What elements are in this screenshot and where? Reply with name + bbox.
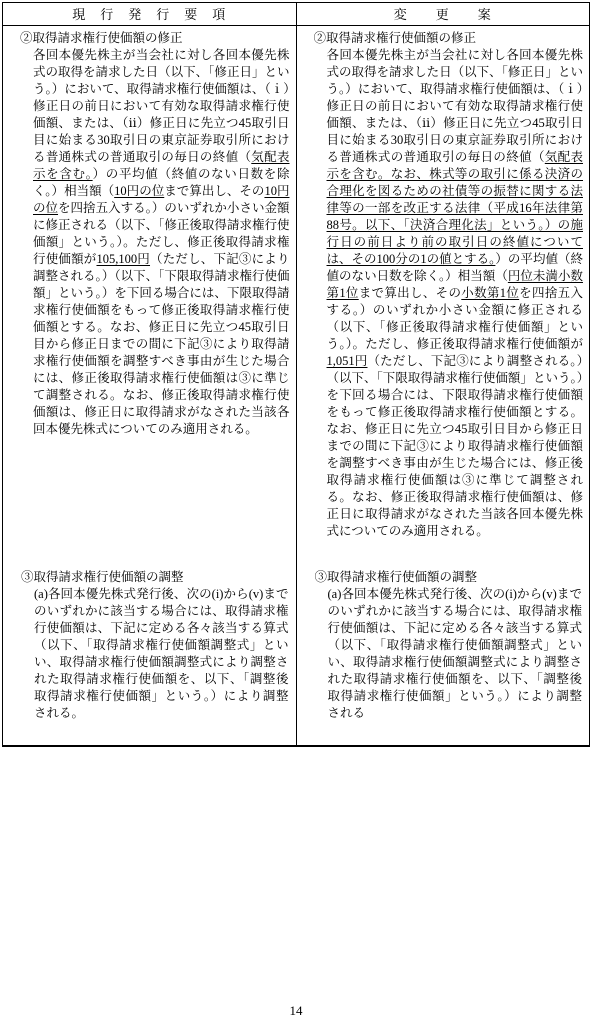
underlined-text-run: 気配表示を含む。なお、株式等の取引に係る決済の合理化を図るための社債等の振替に関…: [327, 150, 584, 266]
column-header-current-terms: 現 行 発 行 要 項: [3, 3, 297, 26]
comparison-table-header: 現 行 発 行 要 項 変 更 案: [3, 3, 590, 26]
underlined-text-run: 1,051円: [327, 354, 368, 368]
table-row: ②取得請求権行使価額の修正 各回本優先株主が当会社に対し各回本優先株式の取得を請…: [3, 26, 590, 747]
current-terms-cell: ②取得請求権行使価額の修正 各回本優先株主が当会社に対し各回本優先株式の取得を請…: [3, 26, 297, 747]
document-page: 現 行 発 行 要 項 変 更 案 ②取得請求権行使価額の修正 各回本優先株主が…: [0, 0, 592, 1024]
comparison-table-body: ②取得請求権行使価額の修正 各回本優先株主が当会社に対し各回本優先株式の取得を請…: [3, 26, 590, 747]
current-section-3-body: (a)各回本優先株式発行後、次の(i)から(v)までのいずれかに該当する場合には…: [34, 586, 289, 722]
text-run: (a)各回本優先株式発行後、次の(i)から(v)までのいずれかに該当する場合には…: [328, 587, 583, 720]
text-run: まで算出し、その: [164, 184, 264, 198]
text-run: （ただし、下記③により調整される。）（以下、「下限取得請求権行使価額」という。）…: [33, 252, 290, 436]
current-section-2: ②取得請求権行使価額の修正 各回本優先株主が当会社に対し各回本優先株式の取得を請…: [20, 30, 290, 438]
comparison-table: 現 行 発 行 要 項 変 更 案 ②取得請求権行使価額の修正 各回本優先株主が…: [2, 2, 590, 747]
proposed-section-2: ②取得請求権行使価額の修正 各回本優先株主が当会社に対し各回本優先株式の取得を請…: [314, 30, 584, 540]
proposed-amendment-cell: ②取得請求権行使価額の修正 各回本優先株主が当会社に対し各回本優先株式の取得を請…: [296, 26, 590, 747]
current-section-3: ③取得請求権行使価額の調整 (a)各回本優先株式発行後、次の(i)から(v)まで…: [21, 569, 289, 722]
underlined-text-run: 小数第1位: [461, 286, 519, 300]
underlined-text-run: 10円の位: [114, 184, 164, 198]
text-run: （ただし、下記③により調整される。）（以下、「下限取得請求権行使価額」という。）…: [327, 354, 584, 538]
proposed-section-3: ③取得請求権行使価額の調整 (a)各回本優先株式発行後、次の(i)から(v)まで…: [315, 569, 583, 722]
column-header-proposed-amendment: 変 更 案: [296, 3, 590, 26]
underlined-text-run: 105,100円: [96, 252, 150, 266]
header-row: 現 行 発 行 要 項 変 更 案: [3, 3, 590, 26]
text-run: 各回本優先株主が当会社に対し各回本優先株式の取得を請求した日（以下、「修正日」と…: [327, 48, 584, 164]
proposed-section-2-body: 各回本優先株主が当会社に対し各回本優先株式の取得を請求した日（以下、「修正日」と…: [327, 47, 584, 540]
proposed-section-3-body: (a)各回本優先株式発行後、次の(i)から(v)までのいずれかに該当する場合には…: [328, 586, 583, 722]
proposed-section-2-title: ②取得請求権行使価額の修正: [314, 30, 584, 47]
text-run: (a)各回本優先株式発行後、次の(i)から(v)までのいずれかに該当する場合には…: [34, 587, 289, 720]
current-section-2-title: ②取得請求権行使価額の修正: [20, 30, 290, 47]
current-section-3-title: ③取得請求権行使価額の調整: [21, 569, 289, 586]
text-run: 各回本優先株主が当会社に対し各回本優先株式の取得を請求した日（以下、「修正日」と…: [33, 48, 290, 164]
proposed-section-3-title: ③取得請求権行使価額の調整: [315, 569, 583, 586]
text-run: まで算出し、その: [359, 286, 462, 300]
current-section-2-body: 各回本優先株主が当会社に対し各回本優先株式の取得を請求した日（以下、「修正日」と…: [33, 47, 290, 438]
page-number: 14: [0, 1003, 592, 1019]
